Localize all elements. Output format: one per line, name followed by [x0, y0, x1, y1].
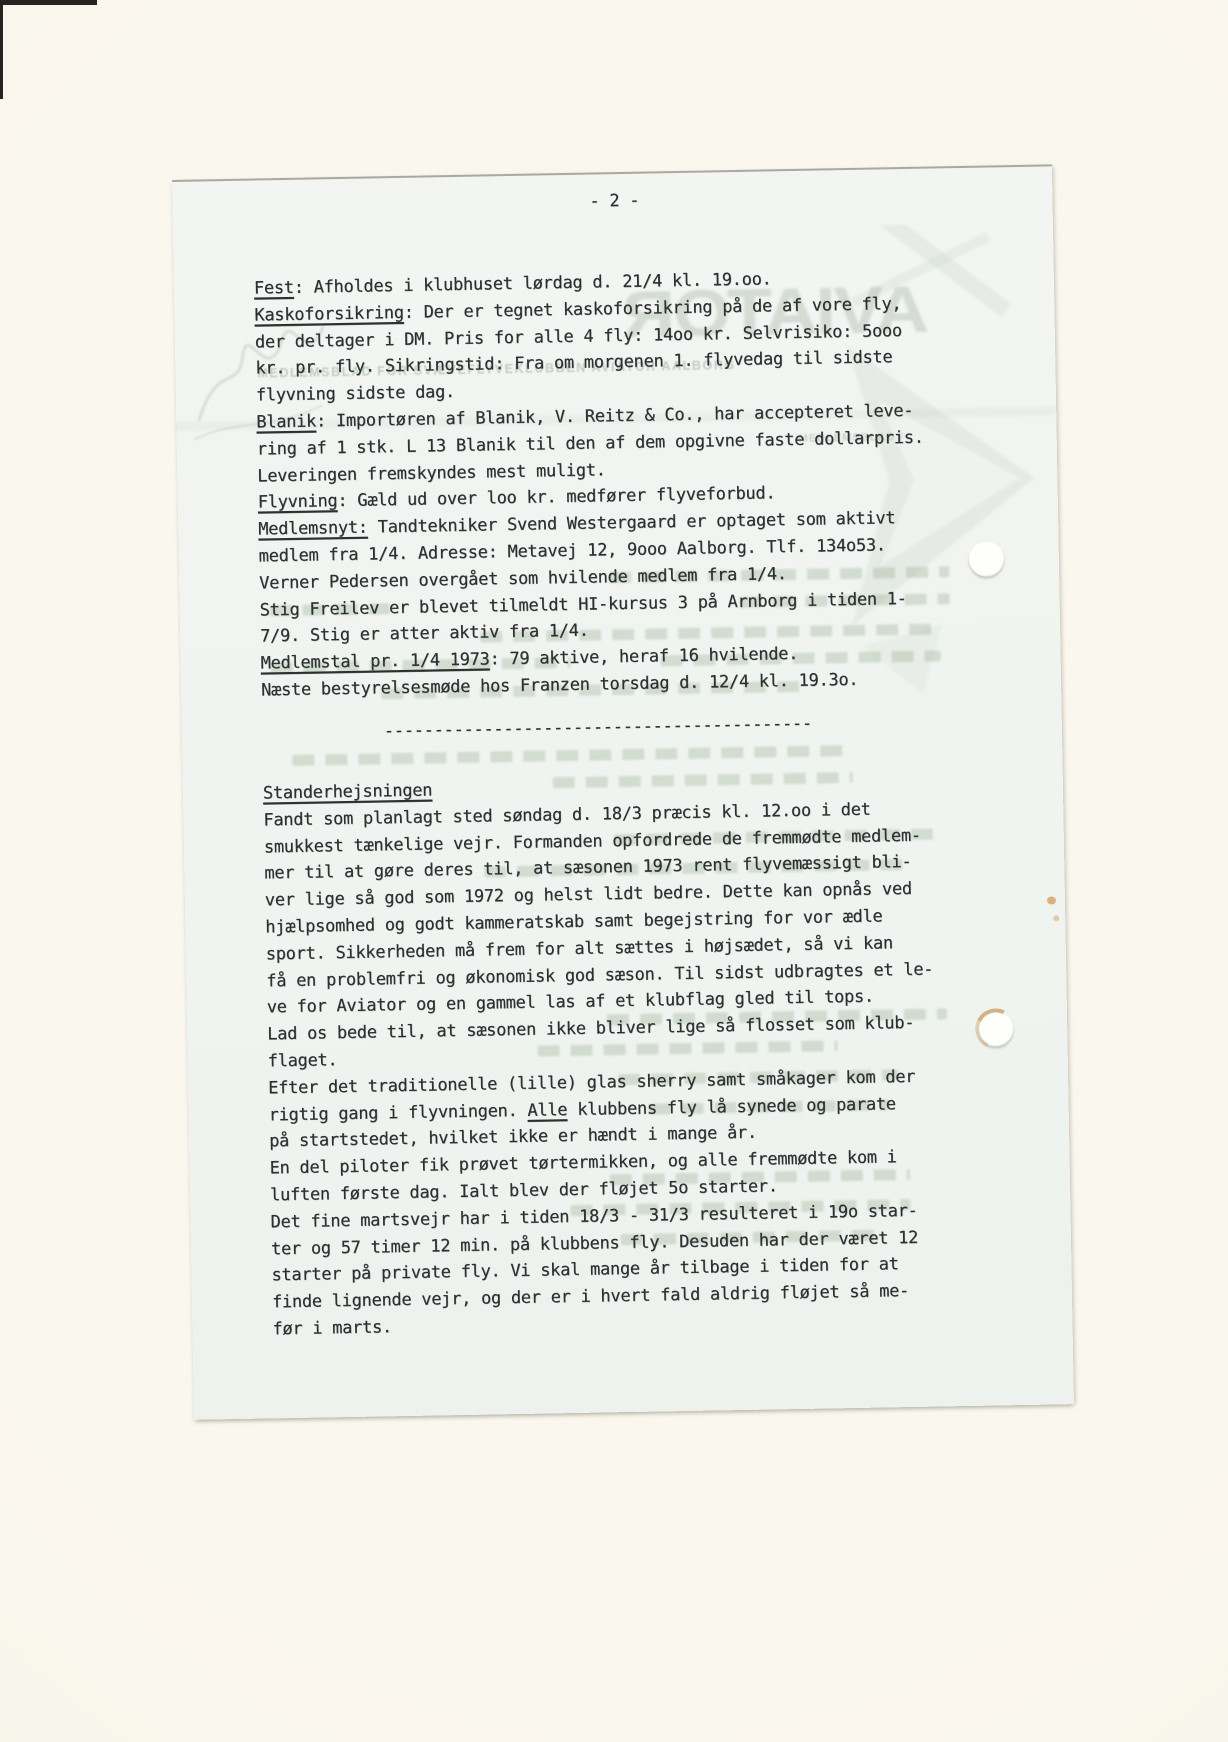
section-klubnyt: Fest: Afholdes i klubhuset lørdag d. 21/… [254, 264, 929, 705]
page-number: - 2 - [589, 188, 639, 216]
paper-sheet: AVIATOR MEDLEMSBLAD FOR SVÆVEFLYVEKLUBBE… [172, 164, 1074, 1419]
text-run: flaget. [268, 1050, 338, 1071]
text-run: : Gæld ud over loo kr. medfører flyvefor… [337, 484, 775, 512]
text-run: før i marts. [272, 1317, 392, 1339]
bleed-through-text-line [292, 745, 852, 766]
scan-edge-artifact-top [0, 0, 97, 5]
section-standerhejsningen: StanderhejsningenFandt som planlagt sted… [263, 769, 940, 1344]
text-run: Blanik [256, 411, 316, 432]
scan-edge-artifact-left [0, 0, 3, 99]
bleed-through-paragraphs [172, 166, 1052, 182]
rust-speck [1047, 896, 1056, 904]
typed-divider: ----------------------------------------… [384, 711, 812, 745]
rust-speck [1053, 915, 1059, 921]
text-run: Kaskoforsikring [254, 303, 404, 326]
text-run: flyvning sidste dag. [256, 382, 455, 406]
text-run: : 79 aktive, heraf 16 hvilende. [489, 644, 798, 669]
scanned-newsletter-page: { "page": { "number_label": "- 2 -" }, "… [0, 0, 1228, 1742]
text-run: Medlemsnyt: [258, 518, 368, 540]
text-run: 7/9. Stig er atter aktiv fra 1/4. [260, 621, 589, 647]
punch-hole-top [969, 541, 1005, 577]
text-run: klubbens fly lå synede og parate [567, 1094, 896, 1120]
text-run: Medlemstal pr. 1/4 1973 [260, 650, 489, 674]
text-run: Alle [527, 1100, 567, 1121]
punch-hole-bottom [978, 1011, 1014, 1047]
text-run: : Afholdes i klubhuset lørdag d. 21/4 kl… [294, 269, 772, 298]
text-run: Standerhejsningen [263, 780, 433, 803]
text-run: rigtig gang i flyvningen. [268, 1100, 527, 1125]
scanner-bed-background: AVIATOR MEDLEMSBLAD FOR SVÆVEFLYVEKLUBBE… [0, 0, 1228, 1742]
text-run: Leveringen fremskyndes mest muligt. [257, 460, 606, 486]
text-run: Fest [254, 278, 294, 299]
text-run: Flyvning [258, 491, 338, 512]
